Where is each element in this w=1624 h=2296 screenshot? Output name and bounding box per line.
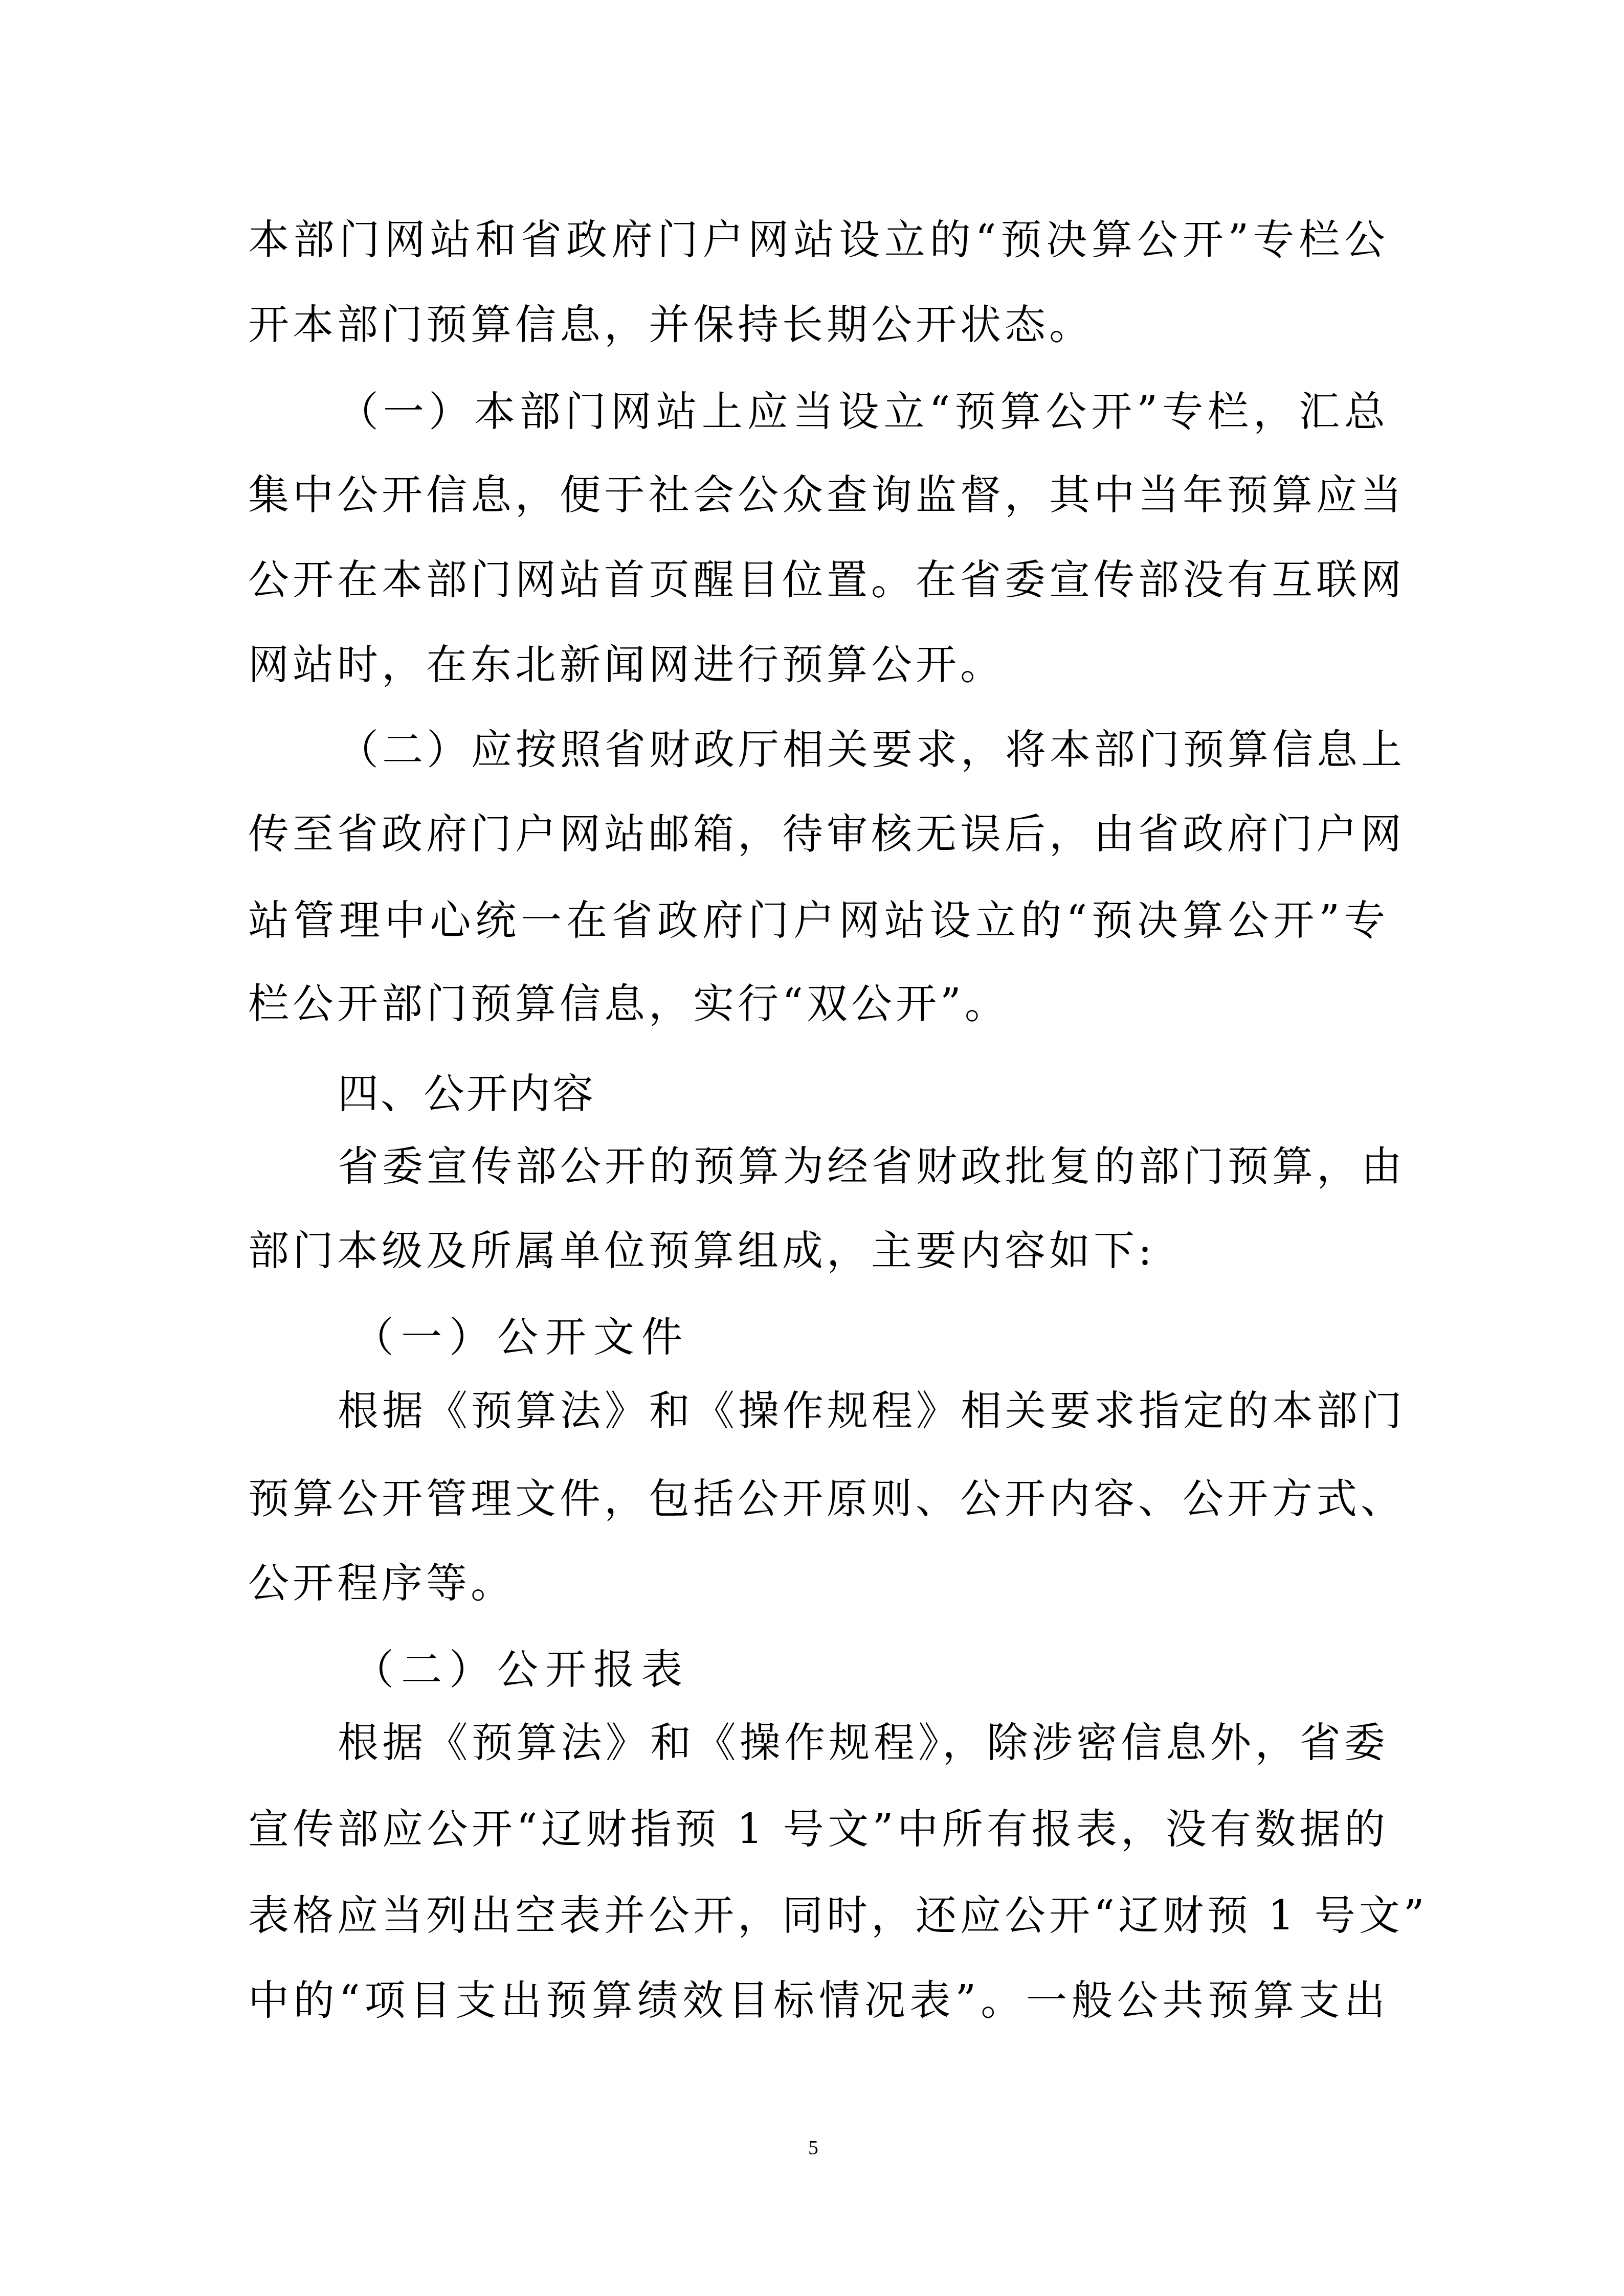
paragraph-line: 开本部门预算信息，并保持长期公开状态。 (248, 299, 1389, 350)
paragraph-line: 传至省政府门户网站邮箱，待审核无误后，由省政府门户网 (248, 808, 1389, 860)
paragraph-line: 网站时，在东北新闻网进行预算公开。 (248, 639, 1389, 690)
section-heading: 四、公开内容 (338, 1068, 1478, 1119)
paragraph-line: 集中公开信息，便于社会公众查询监督，其中当年预算应当 (248, 469, 1389, 521)
paragraph-line: 省委宣传部公开的预算为经省财政批复的部门预算，由 (338, 1141, 1389, 1192)
paragraph-line: 公开程序等。 (248, 1558, 1389, 1609)
document-page: 本部门网站和省政府门户网站设立的“预决算公开”专栏公 开本部门预算信息，并保持长… (0, 0, 1624, 2296)
paragraph-line: 部门本级及所属单位预算组成，主要内容如下: (248, 1225, 1389, 1276)
subsection-heading: （一）公开文件 (353, 1312, 1494, 1363)
paragraph-line: 栏公开部门预算信息，实行“双公开”。 (248, 978, 1389, 1029)
paragraph-line: 预算公开管理文件，包括公开原则、公开内容、公开方式、 (248, 1473, 1389, 1524)
paragraph-line: 公开在本部门网站首页醒目位置。在省委宣传部没有互联网 (248, 554, 1389, 605)
paragraph-line: 根据《预算法》和《操作规程》，除涉密信息外，省委 (338, 1717, 1389, 1768)
paragraph-line: （一）本部门网站上应当设立“预算公开”专栏，汇总 (338, 386, 1389, 437)
paragraph-line: 中的“项目支出预算绩效目标情况表”。一般公共预算支出 (248, 1975, 1389, 2026)
paragraph-line: 本部门网站和省政府门户网站设立的“预决算公开”专栏公 (248, 214, 1389, 265)
paragraph-line: 表格应当列出空表并公开，同时，还应公开“辽财预 1 号文” (248, 1890, 1389, 1941)
paragraph-line: （二）应按照省财政厅相关要求，将本部门预算信息上 (338, 724, 1389, 775)
paragraph-line: 站管理中心统一在省政府门户网站设立的“预决算公开”专 (248, 895, 1389, 946)
page-number: 5 (798, 2135, 829, 2160)
paragraph-line: 根据《预算法》和《操作规程》相关要求指定的本部门 (338, 1385, 1389, 1436)
paragraph-line: 宣传部应公开“辽财指预 1 号文”中所有报表，没有数据的 (248, 1804, 1389, 1855)
subsection-heading: （二）公开报表 (353, 1644, 1494, 1695)
